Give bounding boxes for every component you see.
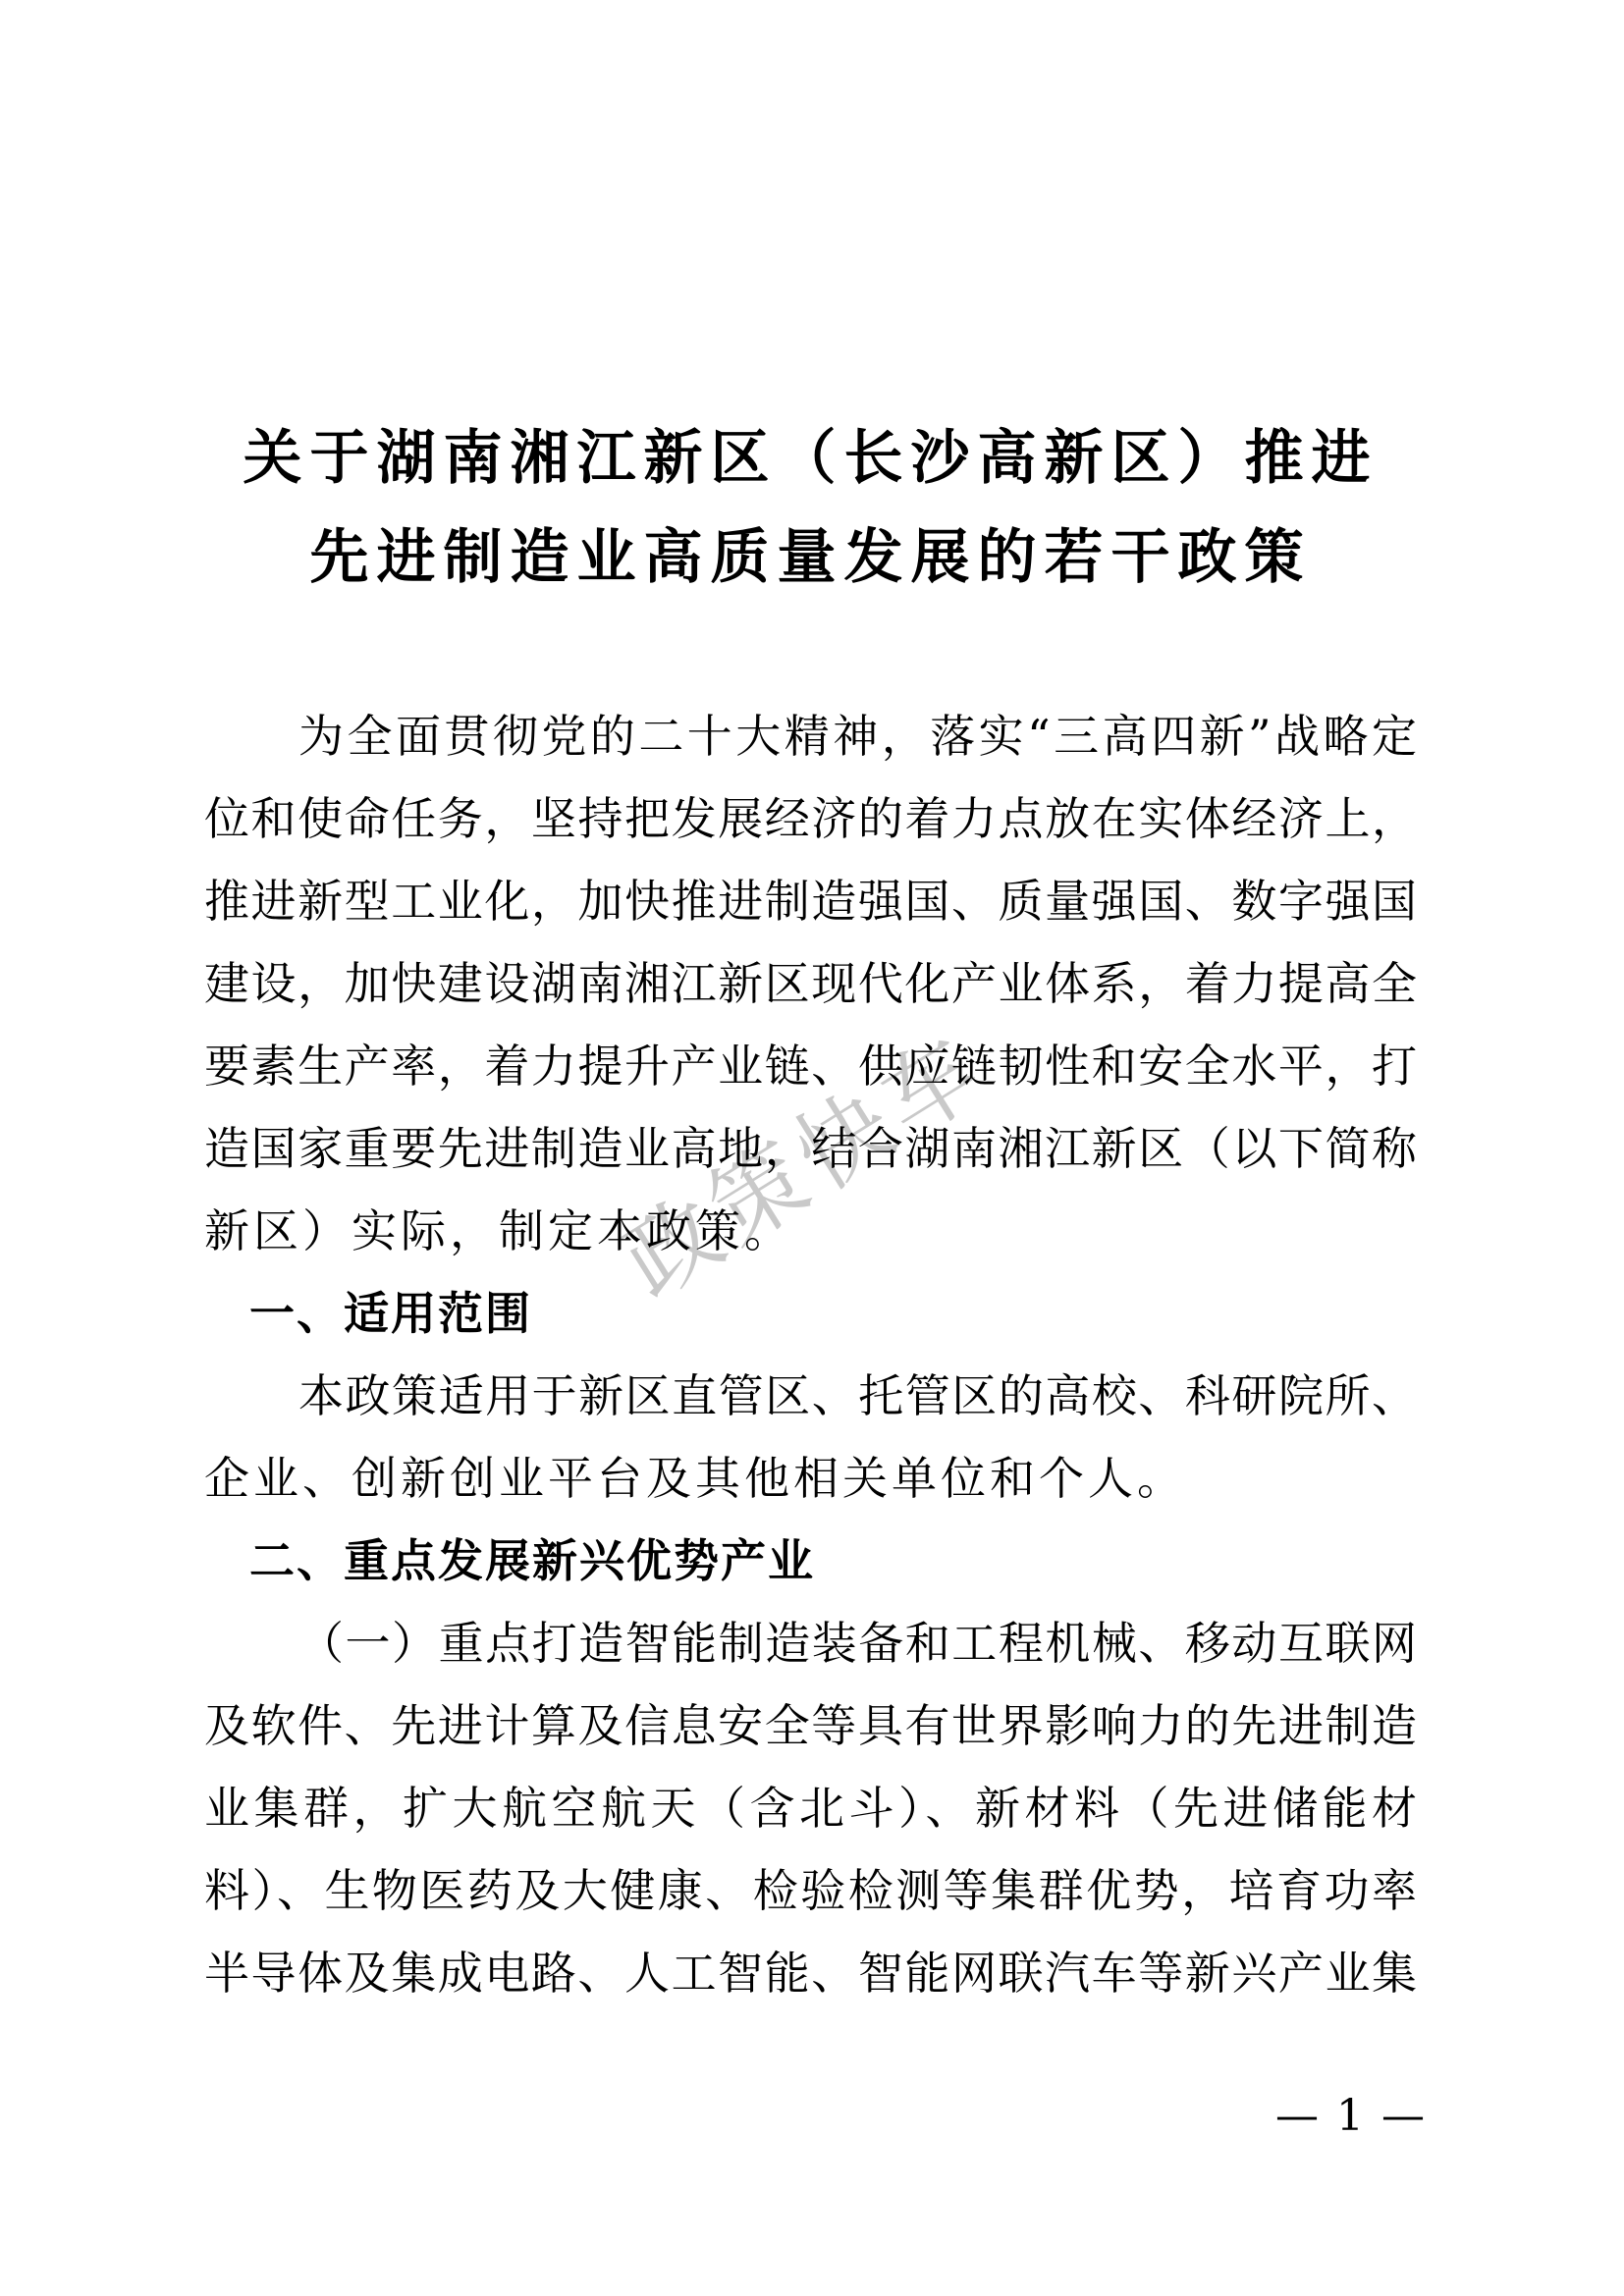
document-title-line-2: 先进制造业高质量发展的若干政策 bbox=[204, 508, 1417, 608]
body-text: 为全面贯彻党的二十大精神，落实“三高四新”战略定 位和使命任务，坚持把发展经济的… bbox=[204, 695, 1417, 2014]
document-title: 关于湖南湘江新区（长沙高新区）推进 先进制造业高质量发展的若干政策 bbox=[204, 409, 1417, 608]
body-line: 本政策适用于新区直管区、托管区的高校、科研院所、 bbox=[204, 1355, 1417, 1437]
body-line: 推进新型工业化，加快推进制造强国、质量强国、数字强国 bbox=[204, 860, 1417, 942]
body-line: 业集群，扩大航空航天（含北斗）、新材料（先进储能材 bbox=[204, 1767, 1417, 1849]
body-line: （一）重点打造智能制造装备和工程机械、移动互联网 bbox=[204, 1602, 1417, 1684]
document-title-line-1: 关于湖南湘江新区（长沙高新区）推进 bbox=[204, 409, 1417, 508]
body-line: 为全面贯彻党的二十大精神，落实“三高四新”战略定 bbox=[204, 695, 1417, 777]
document-page: 政策快车 关于湖南湘江新区（长沙高新区）推进 先进制造业高质量发展的若干政策 为… bbox=[0, 0, 1624, 2296]
page-number: — 1 — bbox=[1275, 2092, 1427, 2141]
body-line: 料）、生物医药及大健康、检验检测等集群优势，培育功率 bbox=[204, 1849, 1417, 1932]
body-line: 造国家重要先进制造业高地，结合湖南湘江新区（以下简称 bbox=[204, 1107, 1417, 1190]
body-line: 及软件、先进计算及信息安全等具有世界影响力的先进制造 bbox=[204, 1684, 1417, 1767]
section-heading: 一、适用范围 bbox=[204, 1272, 1417, 1355]
body-line: 要素生产率，着力提升产业链、供应链韧性和安全水平，打 bbox=[204, 1025, 1417, 1107]
body-line: 企业、创新创业平台及其他相关单位和个人。 bbox=[204, 1437, 1417, 1520]
body-line: 建设，加快建设湖南湘江新区现代化产业体系，着力提高全 bbox=[204, 942, 1417, 1025]
body-line: 新区）实际，制定本政策。 bbox=[204, 1190, 1417, 1272]
body-line: 半导体及集成电路、人工智能、智能网联汽车等新兴产业集 bbox=[204, 1932, 1417, 2014]
section-heading: 二、重点发展新兴优势产业 bbox=[204, 1520, 1417, 1602]
body-line: 位和使命任务，坚持把发展经济的着力点放在实体经济上， bbox=[204, 777, 1417, 860]
